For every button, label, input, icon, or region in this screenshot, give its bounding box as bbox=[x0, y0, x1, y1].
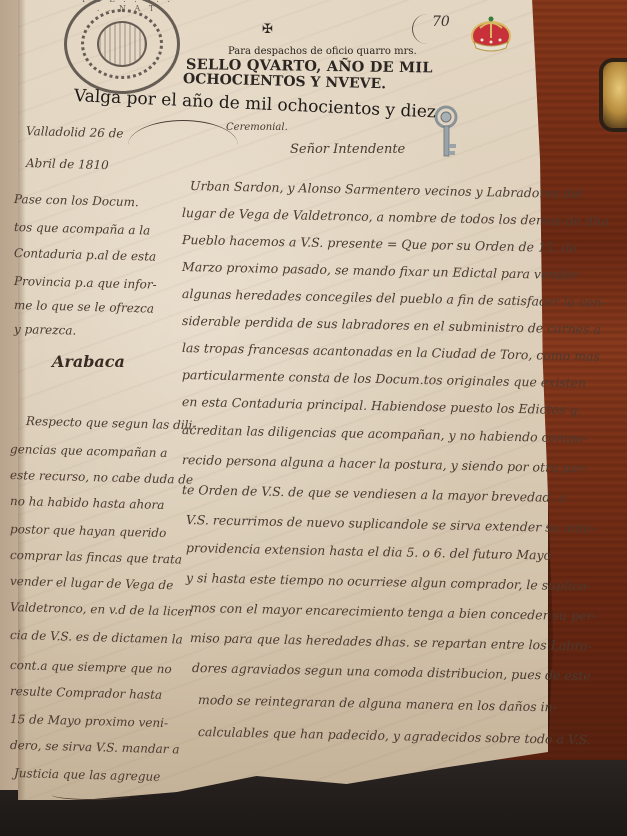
margin-date-line: Abril de 1810 bbox=[26, 156, 109, 172]
salutation-flourish bbox=[128, 120, 238, 170]
pre-salutation: Ceremonial. bbox=[226, 122, 288, 133]
margin-date-line: Valladolid 26 de bbox=[26, 124, 124, 141]
cross-icon: ✠ bbox=[262, 22, 273, 37]
page-fold-shadow bbox=[18, 0, 26, 800]
printed-stamp-purpose: Para despachos de oficio quarro mrs. bbox=[228, 46, 417, 57]
crown-icon bbox=[470, 16, 512, 54]
brass-object bbox=[603, 62, 627, 128]
margin-decree-line: y parezca. bbox=[14, 322, 77, 338]
salutation: Señor Intendente bbox=[290, 142, 405, 157]
margin-signature: Arabaca bbox=[52, 352, 125, 371]
margin-flourish bbox=[52, 790, 132, 800]
folio-number: 70 bbox=[432, 14, 450, 30]
key-icon bbox=[432, 104, 462, 162]
